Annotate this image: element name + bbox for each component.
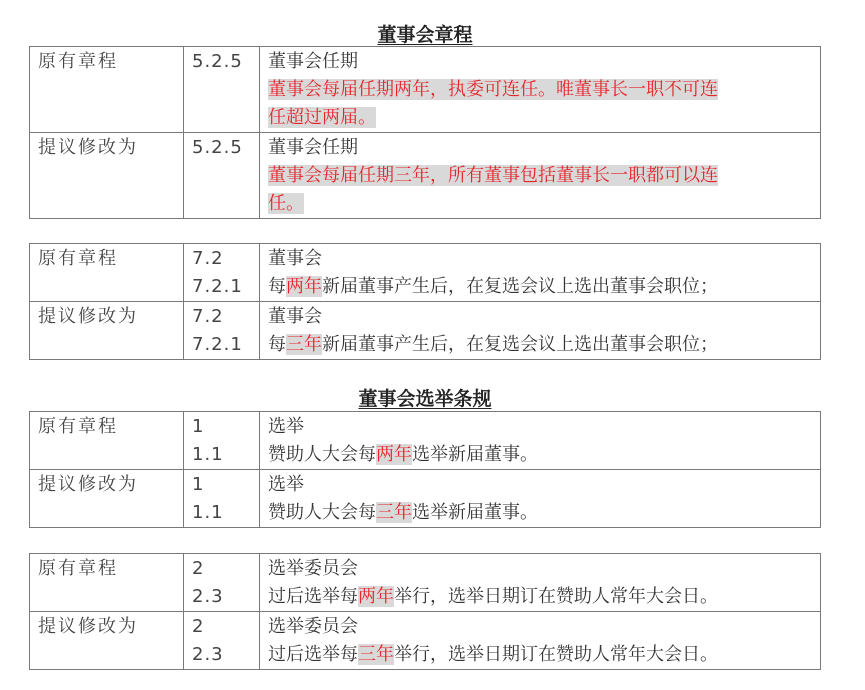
clause-heading: 选举委员会 [268, 613, 820, 641]
text-post: 新届董事产生后，在复选会议上选出董事会职位； [322, 276, 718, 297]
row-label: 提议修改为 [30, 612, 184, 670]
text-post: 新届董事产生后，在复选会议上选出董事会职位； [322, 334, 718, 355]
highlighted-text: 两年 [286, 276, 322, 297]
sub-clause-number: 1.1 [192, 499, 259, 527]
sub-clause-number: 7.2.1 [192, 273, 259, 301]
clause-heading: 董事会 [268, 303, 820, 331]
sub-clause-number: 2.3 [192, 641, 259, 669]
clause-heading: 选举委员会 [268, 555, 820, 583]
clause-heading: 董事会任期 [268, 48, 820, 76]
highlighted-text: 三年 [376, 502, 412, 523]
table-row-proposed: 提议修改为 2 2.3 选举委员会 过后选举每三年举行，选举日期订在赞助人常年大… [30, 612, 821, 670]
clause-heading: 选举 [268, 471, 820, 499]
sub-clause-number: 7.2.1 [192, 331, 259, 359]
clause-number: 1 [192, 413, 259, 441]
text-post: 举行，选举日期订在赞助人常年大会日。 [394, 644, 718, 665]
highlighted-text: 董事会每届任期三年，所有董事包括董事长一职都可以连 [268, 165, 718, 186]
sub-clause-number: 2.3 [192, 583, 259, 611]
clause-text: 选举委员会 过后选举每三年举行，选举日期订在赞助人常年大会日。 [260, 612, 821, 670]
table-row-proposed: 提议修改为 7.2 7.2.1 董事会 每三年新届董事产生后，在复选会议上选出董… [30, 302, 821, 360]
clause-numbers: 2 2.3 [184, 554, 260, 612]
clause-text: 选举 赞助人大会每两年选举新届董事。 [260, 412, 821, 470]
comparison-table-positions: 原有章程 7.2 7.2.1 董事会 每两年新届董事产生后，在复选会议上选出董事… [29, 243, 821, 360]
text-pre: 每 [268, 334, 286, 355]
clause-number: 2 [192, 555, 259, 583]
comparison-table-committee: 原有章程 2 2.3 选举委员会 过后选举每两年举行，选举日期订在赞助人常年大会… [29, 553, 821, 670]
table-row-original: 原有章程 7.2 7.2.1 董事会 每两年新届董事产生后，在复选会议上选出董事… [30, 244, 821, 302]
clause-numbers: 2 2.3 [184, 612, 260, 670]
text-pre: 过后选举每 [268, 586, 358, 607]
row-label: 提议修改为 [30, 302, 184, 360]
section-title-board-constitution: 董事会章程 [0, 20, 850, 47]
clause-number: 7.2 [192, 303, 259, 331]
text-post: 举行，选举日期订在赞助人常年大会日。 [394, 586, 718, 607]
clause-text: 董事会任期 董事会每届任期两年，执委可连任。唯董事长一职不可连 任超过两届。 [260, 47, 821, 133]
text-post: 选举新届董事。 [412, 444, 538, 465]
highlighted-text: 董事会每届任期两年，执委可连任。唯董事长一职不可连 [268, 79, 718, 100]
comparison-table-election: 原有章程 1 1.1 选举 赞助人大会每两年选举新届董事。 提议修改为 1 1.… [29, 411, 821, 528]
table-row-proposed: 提议修改为 1 1.1 选举 赞助人大会每三年选举新届董事。 [30, 470, 821, 528]
text-pre: 赞助人大会每 [268, 502, 376, 523]
section-title-election-rules: 董事会选举条规 [0, 384, 850, 411]
clause-numbers: 1 1.1 [184, 470, 260, 528]
clause-text: 董事会任期 董事会每届任期三年，所有董事包括董事长一职都可以连 任。 [260, 133, 821, 219]
table-row-proposed: 提议修改为 5.2.5 董事会任期 董事会每届任期三年，所有董事包括董事长一职都… [30, 133, 821, 219]
clause-heading: 董事会任期 [268, 134, 820, 162]
text-pre: 过后选举每 [268, 644, 358, 665]
clause-text: 选举委员会 过后选举每两年举行，选举日期订在赞助人常年大会日。 [260, 554, 821, 612]
highlighted-text: 任。 [268, 193, 304, 214]
text-pre: 赞助人大会每 [268, 444, 376, 465]
row-label: 原有章程 [30, 412, 184, 470]
highlighted-text: 三年 [286, 334, 322, 355]
highlighted-text: 两年 [376, 444, 412, 465]
text-post: 选举新届董事。 [412, 502, 538, 523]
row-label: 提议修改为 [30, 470, 184, 528]
clause-text: 董事会 每三年新届董事产生后，在复选会议上选出董事会职位； [260, 302, 821, 360]
clause-number: 5.2.5 [184, 133, 260, 219]
clause-number: 7.2 [192, 245, 259, 273]
row-label: 原有章程 [30, 47, 184, 133]
row-label: 提议修改为 [30, 133, 184, 219]
sub-clause-number: 1.1 [192, 441, 259, 469]
clause-numbers: 1 1.1 [184, 412, 260, 470]
text-pre: 每 [268, 276, 286, 297]
highlighted-text: 三年 [358, 644, 394, 665]
clause-number: 1 [192, 471, 259, 499]
row-label: 原有章程 [30, 554, 184, 612]
clause-numbers: 7.2 7.2.1 [184, 244, 260, 302]
clause-number: 2 [192, 613, 259, 641]
comparison-table-term: 原有章程 5.2.5 董事会任期 董事会每届任期两年，执委可连任。唯董事长一职不… [29, 46, 821, 219]
clause-text: 董事会 每两年新届董事产生后，在复选会议上选出董事会职位； [260, 244, 821, 302]
highlighted-text: 任超过两届。 [268, 107, 376, 128]
table-row-original: 原有章程 2 2.3 选举委员会 过后选举每两年举行，选举日期订在赞助人常年大会… [30, 554, 821, 612]
clause-number: 5.2.5 [184, 47, 260, 133]
table-row-original: 原有章程 1 1.1 选举 赞助人大会每两年选举新届董事。 [30, 412, 821, 470]
clause-heading: 选举 [268, 413, 820, 441]
highlighted-text: 两年 [358, 586, 394, 607]
clause-numbers: 7.2 7.2.1 [184, 302, 260, 360]
clause-text: 选举 赞助人大会每三年选举新届董事。 [260, 470, 821, 528]
row-label: 原有章程 [30, 244, 184, 302]
clause-heading: 董事会 [268, 245, 820, 273]
table-row-original: 原有章程 5.2.5 董事会任期 董事会每届任期两年，执委可连任。唯董事长一职不… [30, 47, 821, 133]
